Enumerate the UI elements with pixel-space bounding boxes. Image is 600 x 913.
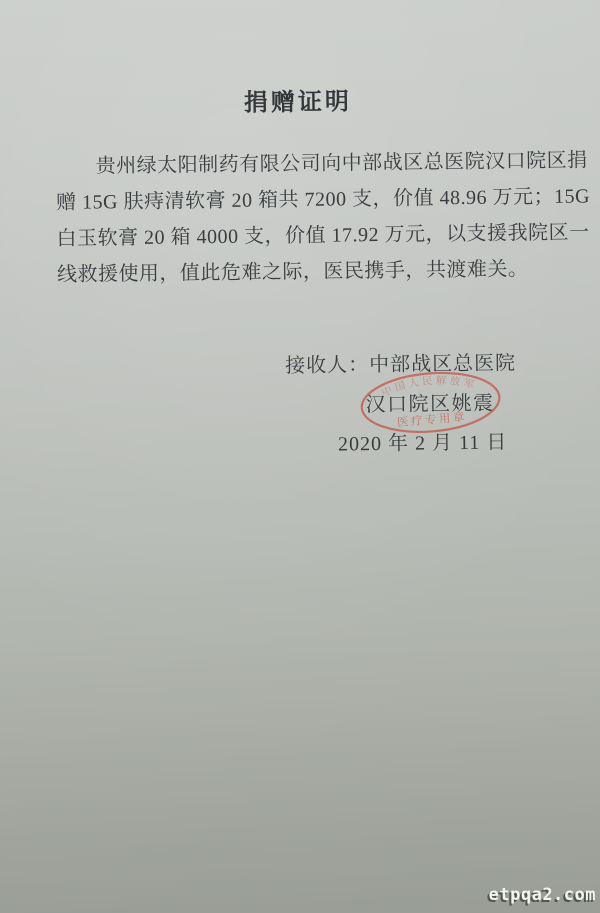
body-line: 贵州绿太阳制药有限公司向中部战区总医院汉口院区捐 — [55, 143, 547, 185]
document-body: 贵州绿太阳制药有限公司向中部战区总医院汉口院区捐 赠 15G 肤痔清软膏 20 … — [55, 143, 549, 293]
watermark-text: etpqa2.com — [489, 885, 596, 905]
document-date: 2020 年 2 月 11 日 — [338, 425, 508, 456]
body-line: 赠 15G 肤痔清软膏 20 箱共 7200 支，价值 48.96 万元；15G — [56, 179, 548, 221]
body-line: 白玉软膏 20 箱 4000 支，价值 17.92 万元，以支援我院区一 — [56, 215, 548, 257]
document-title: 捐赠证明 — [0, 78, 598, 120]
receiver-campus-signature: 汉口院区姚震 — [365, 387, 494, 418]
document-page: 捐赠证明 贵州绿太阳制药有限公司向中部战区总医院汉口院区捐 赠 15G 肤痔清软… — [0, 0, 600, 913]
body-line: 线救援使用，值此危难之际，医民携手，共渡难关。 — [57, 251, 549, 293]
